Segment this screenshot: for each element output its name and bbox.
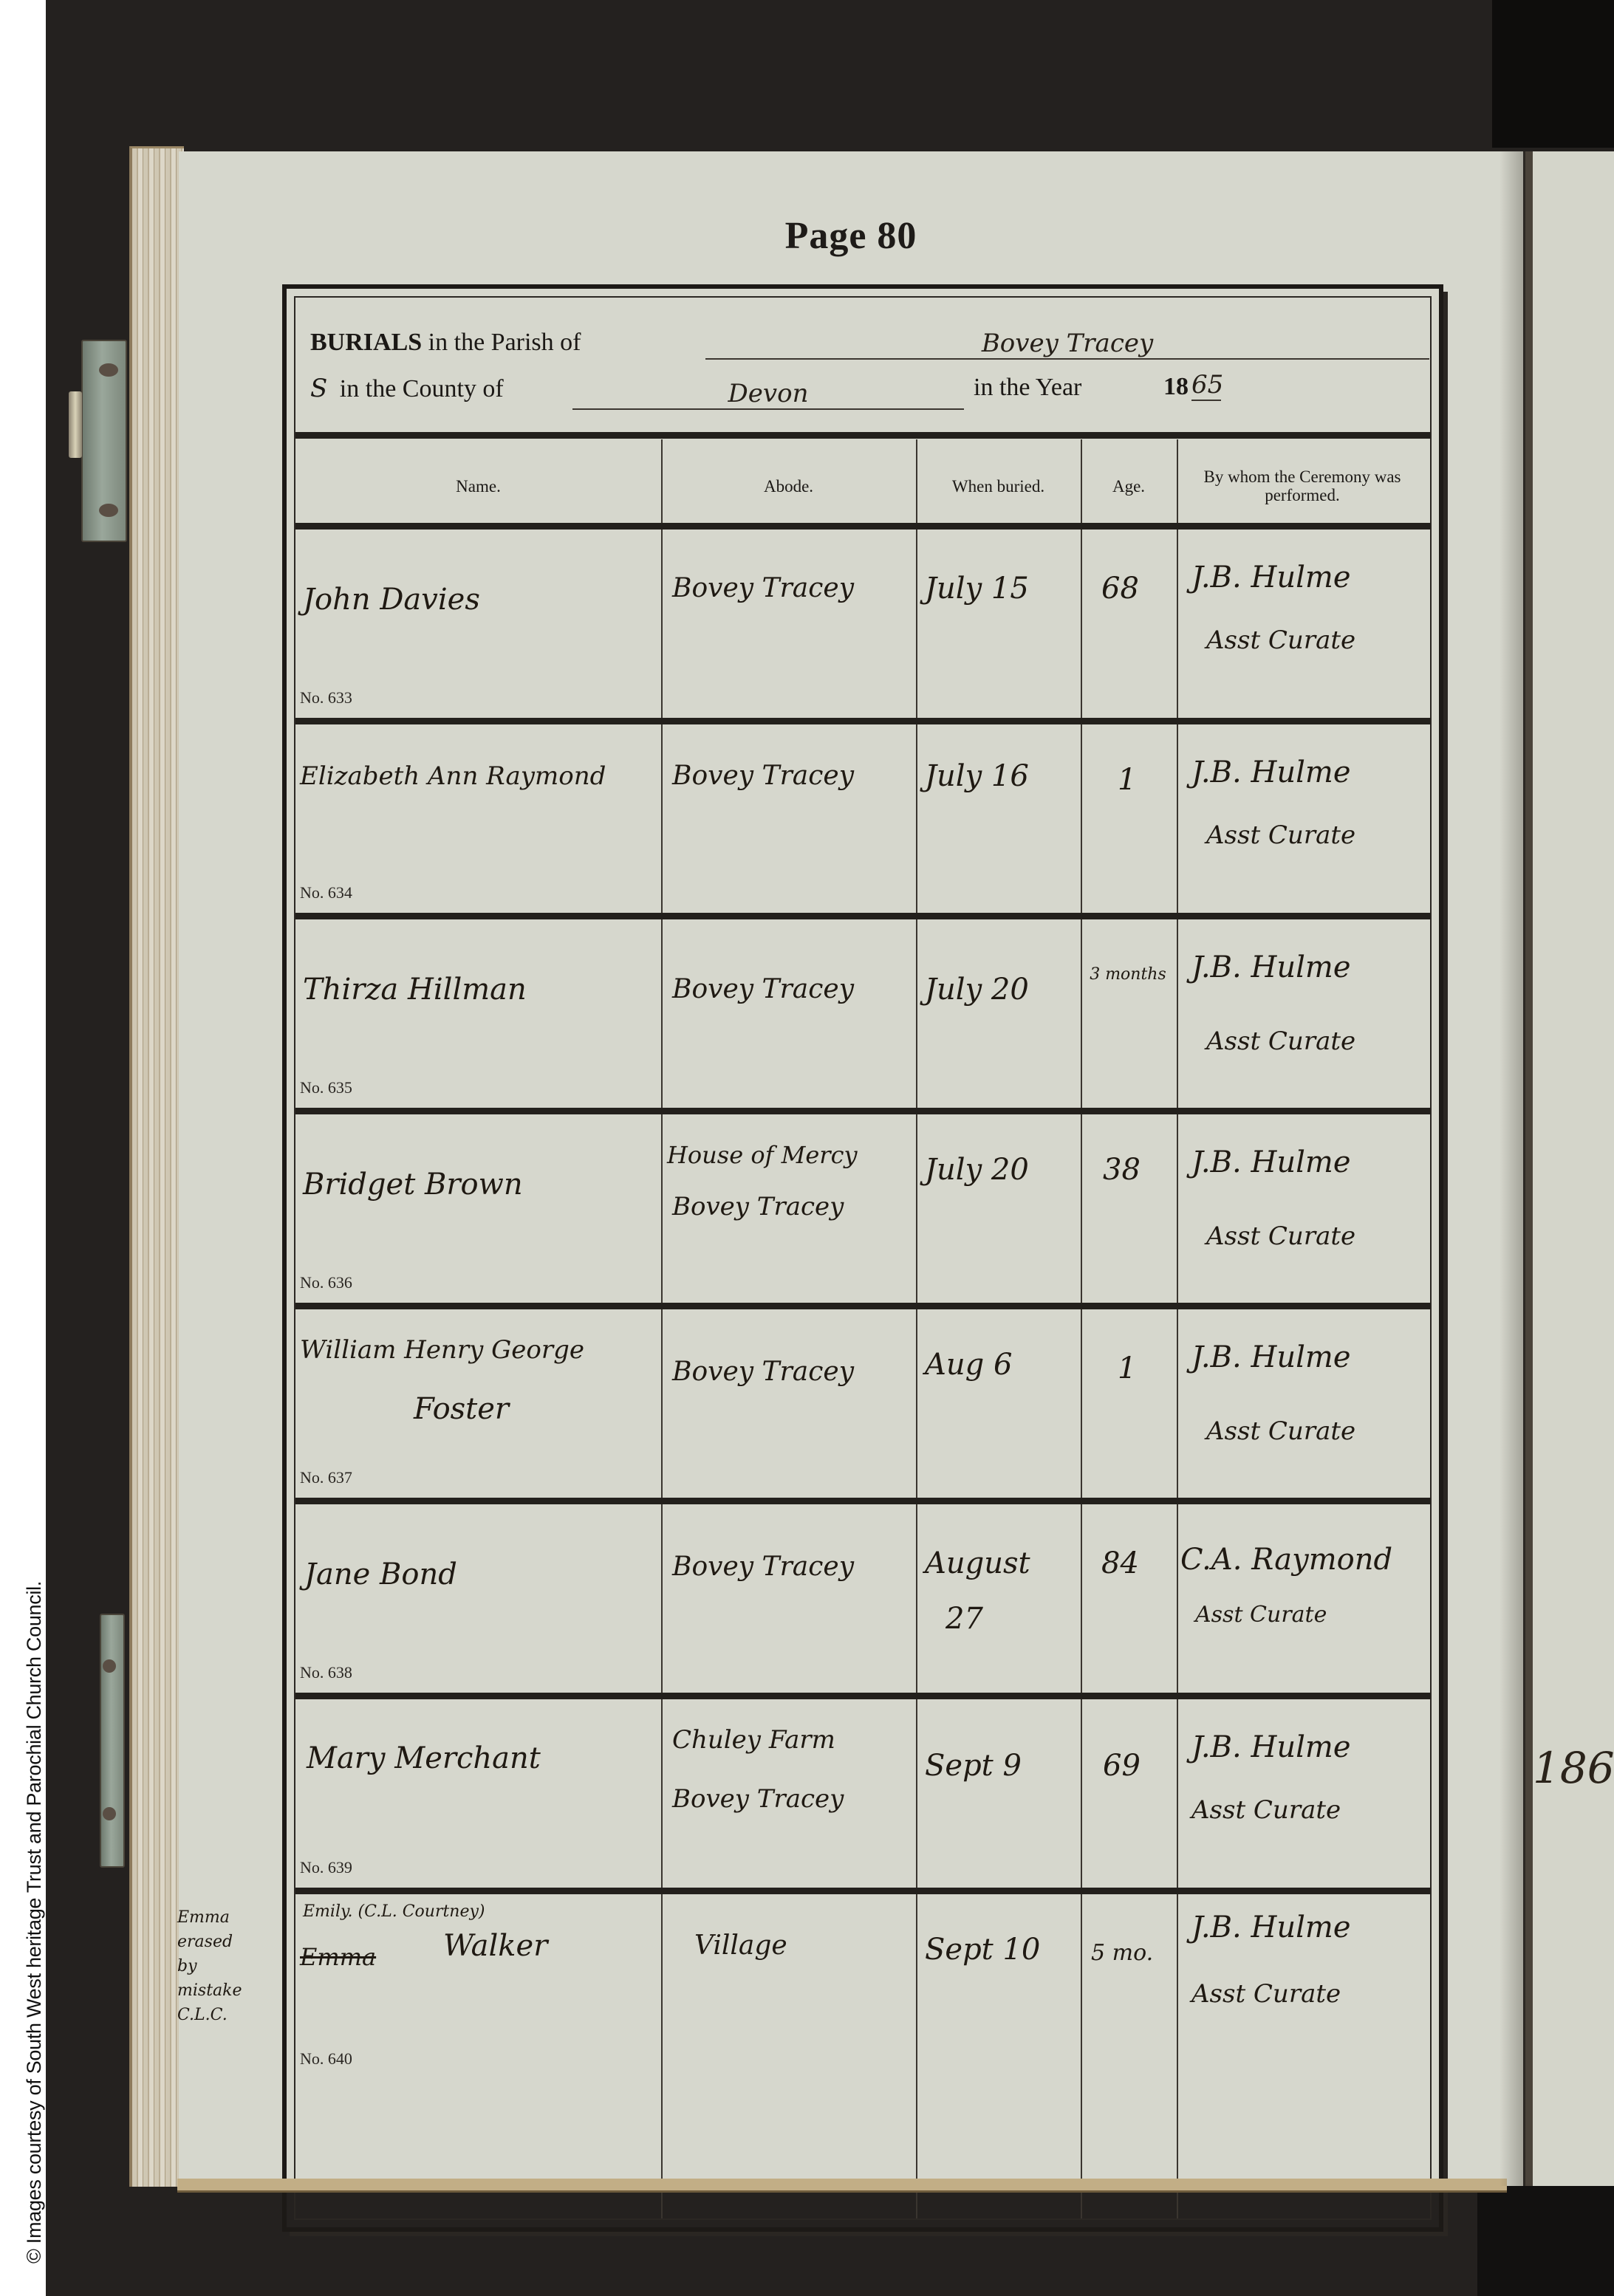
table-row: Bridget Brown No. 636 House of Mercy Bov… xyxy=(295,1114,1430,1303)
abode-value-line1: House of Mercy xyxy=(667,1137,858,1173)
heading-rule xyxy=(295,432,1430,439)
when-buried-cell: Sept 10 xyxy=(916,1894,1081,2079)
officiant-name: J.B. Hulme xyxy=(1191,1144,1351,1181)
rivet-icon xyxy=(103,1807,116,1820)
entry-number: No. 635 xyxy=(300,1078,352,1097)
officiant-name: J.B. Hulme xyxy=(1191,1909,1351,1946)
margin-note: Emma erased by mistake C.L.C. xyxy=(177,1905,266,2027)
name-struck-out: Emma xyxy=(300,1939,376,1975)
name-value: Mary Merchant xyxy=(307,1740,541,1777)
abode-value-line1: Chuley Farm xyxy=(672,1721,835,1758)
officiant-title: Asst Curate xyxy=(1206,1413,1355,1450)
officiant-name: C.A. Raymond xyxy=(1180,1541,1392,1578)
when-buried-value: Aug 6 xyxy=(925,1346,1012,1383)
gutter-shadow xyxy=(1500,151,1525,2186)
age-value: 69 xyxy=(1103,1747,1141,1784)
name-cell: Bridget Brown No. 636 xyxy=(295,1114,661,1303)
page-bottom-edge xyxy=(177,2179,1507,2193)
officiant-cell: J.B. Hulme Asst Curate xyxy=(1177,724,1428,913)
clasp-top-tab xyxy=(69,391,82,458)
age-value: 1 xyxy=(1118,761,1136,798)
abode-value: Village xyxy=(694,1927,787,1964)
page-edges xyxy=(129,146,184,2187)
age-value: 38 xyxy=(1103,1151,1141,1188)
when-buried-cell: August 27 xyxy=(916,1504,1081,1693)
when-buried-cell: July 20 xyxy=(916,919,1081,1108)
column-header-abode: Abode. xyxy=(661,453,916,519)
name-cell: Jane Bond No. 638 xyxy=(295,1504,661,1693)
abode-cell: Bovey Tracey xyxy=(661,919,916,1108)
officiant-cell: J.B. Hulme Asst Curate xyxy=(1177,530,1428,718)
name-cell: John Davies No. 633 xyxy=(295,530,661,718)
clasp-top xyxy=(81,340,127,542)
abode-value-line2: Bovey Tracey xyxy=(672,1781,844,1817)
abode-cell: Bovey Tracey xyxy=(661,724,916,913)
table-row: Jane Bond No. 638 Bovey Tracey August 27… xyxy=(295,1504,1430,1693)
facing-page-year-note: 1866 xyxy=(1533,1743,1614,1793)
name-cell: Emily. (C.L. Courtney) Emma Walker No. 6… xyxy=(295,1894,661,2079)
year-handwritten: 65 xyxy=(1191,370,1221,401)
abode-cell: Village xyxy=(661,1894,916,2079)
row-rule xyxy=(295,1108,1430,1114)
officiant-name: J.B. Hulme xyxy=(1191,754,1351,791)
name-cell: Thirza Hillman No. 635 xyxy=(295,919,661,1108)
entry-number: No. 636 xyxy=(300,1273,352,1292)
officiant-title: Asst Curate xyxy=(1191,1792,1341,1829)
rivet-icon xyxy=(103,1659,116,1673)
age-cell: 38 xyxy=(1081,1114,1177,1303)
officiant-cell: J.B. Hulme Asst Curate xyxy=(1177,919,1428,1108)
parish-prefix: in the Parish of xyxy=(428,329,581,356)
column-header-name: Name. xyxy=(295,453,661,519)
clasp-bottom xyxy=(100,1614,125,1868)
officiant-name: J.B. Hulme xyxy=(1191,1729,1351,1766)
row-rule xyxy=(295,718,1430,724)
abode-value: Bovey Tracey xyxy=(672,971,854,1008)
entry-number: No. 633 xyxy=(300,688,352,707)
age-value: 1 xyxy=(1118,1350,1136,1387)
margin-note-line: by mistake xyxy=(177,1954,266,2003)
officiant-title: Asst Curate xyxy=(1191,1975,1341,2012)
name-value: Elizabeth Ann Raymond xyxy=(300,758,606,795)
table-row: Thirza Hillman No. 635 Bovey Tracey July… xyxy=(295,919,1430,1108)
when-buried-cell: July 20 xyxy=(916,1114,1081,1303)
county-prefix: in the County of xyxy=(340,375,504,402)
officiant-cell: J.B. Hulme Asst Curate xyxy=(1177,1894,1428,2079)
margin-note-line: Emma xyxy=(177,1905,266,1930)
age-cell: 3 months xyxy=(1081,919,1177,1108)
when-buried-cell: July 16 xyxy=(916,724,1081,913)
year-prefix: in the Year xyxy=(974,374,1081,402)
county-annotation: S xyxy=(310,374,327,403)
age-cell: 1 xyxy=(1081,1309,1177,1498)
column-header-officiant: By whom the Ceremony was performed. xyxy=(1177,453,1428,519)
name-value: Bridget Brown xyxy=(303,1166,523,1203)
name-value: John Davies xyxy=(303,581,480,618)
age-cell: 1 xyxy=(1081,724,1177,913)
name-correction: Emily. (C.L. Courtney) xyxy=(303,1902,485,1922)
name-cell: Elizabeth Ann Raymond No. 634 xyxy=(295,724,661,913)
abode-cell: Bovey Tracey xyxy=(661,1309,916,1498)
header-rule xyxy=(295,523,1430,530)
book-cover-top-right xyxy=(1492,0,1614,148)
heading-parish-line: BURIALS in the Parish of xyxy=(310,329,581,357)
when-buried-cell: Aug 6 xyxy=(916,1309,1081,1498)
age-value: 68 xyxy=(1101,570,1139,607)
burial-register-table: BURIALS in the Parish of Bovey Tracey S … xyxy=(282,284,1443,2232)
name-cell: Mary Merchant No. 639 xyxy=(295,1699,661,1888)
book-cover-bottom-right xyxy=(1477,2186,1614,2296)
name-value: Thirza Hillman xyxy=(303,971,527,1008)
column-header-when-buried: When buried. xyxy=(916,453,1081,519)
parish-field: Bovey Tracey xyxy=(705,329,1429,360)
abode-value: Bovey Tracey xyxy=(672,570,854,607)
margin-note-line: erased xyxy=(177,1930,266,1954)
page-title: Page 80 xyxy=(179,214,1523,258)
margin-note-line: C.L.C. xyxy=(177,2003,266,2027)
name-value-line1: William Henry George xyxy=(300,1332,584,1368)
when-buried-value: July 16 xyxy=(925,758,1029,795)
when-buried-value: July 20 xyxy=(925,971,1029,1008)
name-value: Jane Bond xyxy=(304,1556,457,1593)
ledger-inner-frame: BURIALS in the Parish of Bovey Tracey S … xyxy=(294,296,1432,2220)
age-cell: 68 xyxy=(1081,530,1177,718)
abode-cell: House of Mercy Bovey Tracey xyxy=(661,1114,916,1303)
officiant-title: Asst Curate xyxy=(1206,1218,1355,1255)
officiant-cell: J.B. Hulme Asst Curate xyxy=(1177,1699,1428,1888)
abode-cell: Chuley Farm Bovey Tracey xyxy=(661,1699,916,1888)
officiant-cell: J.B. Hulme Asst Curate xyxy=(1177,1114,1428,1303)
row-rule xyxy=(295,1693,1430,1699)
officiant-name: J.B. Hulme xyxy=(1191,1339,1351,1376)
row-rule xyxy=(295,1498,1430,1504)
officiant-title: Asst Curate xyxy=(1206,817,1355,854)
name-value-line2: Foster xyxy=(414,1391,509,1428)
age-cell: 69 xyxy=(1081,1699,1177,1888)
name-cell: William Henry George Foster No. 637 xyxy=(295,1309,661,1498)
heading-county-line: S in the County of xyxy=(310,374,504,403)
when-buried-line1: August xyxy=(925,1545,1030,1582)
when-buried-value: July 20 xyxy=(925,1151,1029,1188)
rivet-icon xyxy=(99,363,118,377)
age-cell: 84 xyxy=(1081,1504,1177,1693)
row-rule xyxy=(295,1888,1430,1894)
column-header-age: Age. xyxy=(1081,453,1177,519)
when-buried-value: Sept 10 xyxy=(925,1931,1040,1968)
officiant-title: Asst Curate xyxy=(1206,1023,1355,1060)
entry-number: No. 640 xyxy=(300,2049,352,2069)
rivet-icon xyxy=(99,504,118,517)
abode-cell: Bovey Tracey xyxy=(661,530,916,718)
register-heading: BURIALS in the Parish of Bovey Tracey S … xyxy=(295,298,1430,431)
age-cell: 5 mo. xyxy=(1081,1894,1177,2079)
officiant-cell: J.B. Hulme Asst Curate xyxy=(1177,1309,1428,1498)
name-surname: Walker xyxy=(443,1927,547,1964)
entry-number: No. 638 xyxy=(300,1663,352,1682)
table-row: Mary Merchant No. 639 Chuley Farm Bovey … xyxy=(295,1699,1430,1888)
entry-number: No. 639 xyxy=(300,1858,352,1877)
age-value: 5 mo. xyxy=(1091,1935,1153,1972)
when-buried-cell: July 15 xyxy=(916,530,1081,718)
row-rule xyxy=(295,1303,1430,1309)
when-buried-cell: Sept 9 xyxy=(916,1699,1081,1888)
credit-strip: © Images courtesy of South West heritage… xyxy=(0,0,46,2296)
abode-value-line2: Bovey Tracey xyxy=(672,1188,844,1225)
county-field: Devon xyxy=(572,379,964,410)
abode-value: Bovey Tracey xyxy=(672,758,854,795)
officiant-title: Asst Curate xyxy=(1195,1597,1327,1634)
officiant-name: J.B. Hulme xyxy=(1191,559,1351,596)
table-row: Emily. (C.L. Courtney) Emma Walker No. 6… xyxy=(295,1894,1430,2079)
when-buried-value: July 15 xyxy=(925,570,1029,607)
copyright-credit: © Images courtesy of South West heritage… xyxy=(23,1581,45,2264)
entry-number: No. 637 xyxy=(300,1468,352,1487)
entry-number: No. 634 xyxy=(300,883,352,902)
table-row: John Davies No. 633 Bovey Tracey July 15… xyxy=(295,530,1430,718)
officiant-title: Asst Curate xyxy=(1206,622,1355,659)
facing-page xyxy=(1525,151,1614,2186)
age-value: 84 xyxy=(1101,1545,1139,1582)
officiant-name: J.B. Hulme xyxy=(1191,949,1351,986)
table-row: Elizabeth Ann Raymond No. 634 Bovey Trac… xyxy=(295,724,1430,913)
abode-cell: Bovey Tracey xyxy=(661,1504,916,1693)
row-rule xyxy=(295,913,1430,919)
table-row: William Henry George Foster No. 637 Bove… xyxy=(295,1309,1430,1498)
age-value: 3 months xyxy=(1084,964,1172,986)
register-page: Page 80 BURIALS in the Parish of Bovey T… xyxy=(179,151,1523,2186)
when-buried-value: Sept 9 xyxy=(925,1747,1022,1784)
when-buried-line2: 27 xyxy=(946,1600,983,1637)
officiant-cell: C.A. Raymond Asst Curate xyxy=(1177,1504,1428,1693)
year-printed: 18 xyxy=(1163,373,1189,401)
burials-label: BURIALS xyxy=(310,329,422,356)
abode-value: Bovey Tracey xyxy=(672,1354,854,1391)
abode-value: Bovey Tracey xyxy=(672,1549,854,1586)
